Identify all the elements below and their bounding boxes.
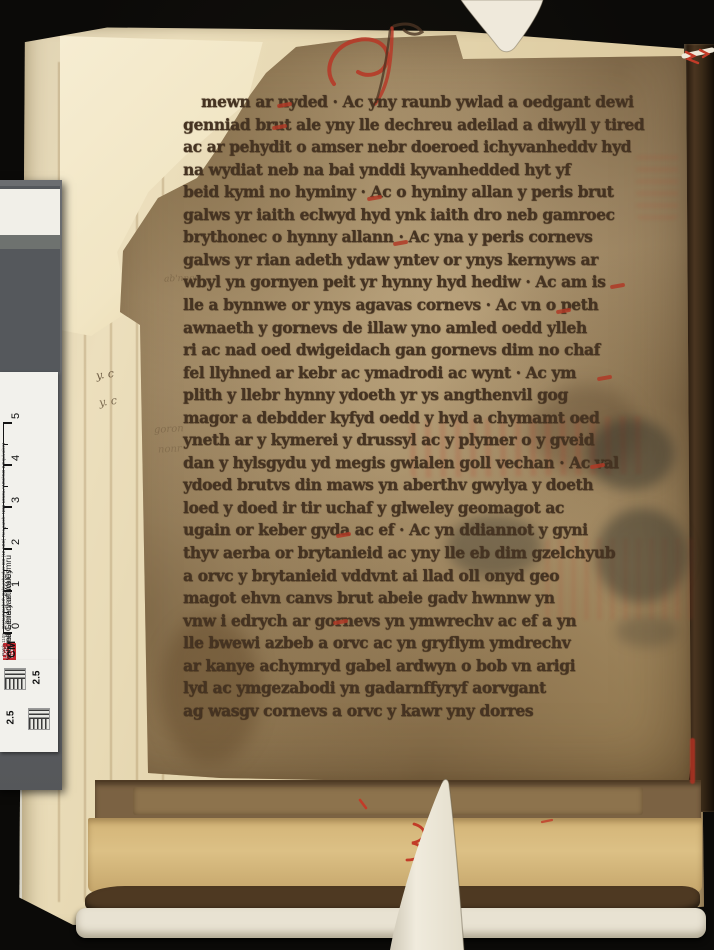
manuscript-line: ydoed brutvs din maws yn aberthv gwylya … [183,475,593,498]
manuscript-line: magot ehvn canvs brut abeie gadv hwnnw y… [183,588,554,611]
manuscript-line: galws yr iaith eclwyd hyd ynk iaith dro … [183,204,615,227]
margin-note: goron [154,423,184,436]
bone-folder-top [455,0,550,60]
margin-note: nonr [158,443,182,455]
manuscript-line: lle a bynnwe or ynys agavas cornevs · Ac… [183,294,598,317]
manuscript-line: thyv aerba or brytanieid ac yny lle eb d… [183,543,615,566]
ruler-number: 1 [10,581,22,587]
photo-backdrop: mewn ar nyded · Ac yny raunb ywlad a oed… [0,0,714,950]
resolution-patch-label: 2.5 [31,671,42,685]
rotated-label-content: Llyfrgell Genedlaethol Cymru LlGCNLW Nat… [0,372,58,662]
resolution-patch [4,668,26,690]
manuscript-line: fel llyhned ar kebr ac ymadrodi ac wynt … [183,362,576,385]
resolution-patch [28,708,50,730]
manuscript-line: galws yr rian adeth ydaw yntev or ynys k… [183,249,598,272]
manuscript-line: magor a debdder kyfyd oedd y hyd a chyma… [183,407,599,430]
manuscript-line: awnaeth y gornevs de illaw yno amled oed… [183,317,587,340]
ruler-number: 3 [10,497,22,503]
margin-note: y. c [95,367,115,382]
manuscript-line: brythonec o hynny allann · Ac yna y peri… [183,227,592,250]
margin-note: ab'nnoc [164,273,200,284]
ruler-number: 2 [10,539,22,545]
ruler-number: 0 [10,623,22,629]
manuscript-line: loed y doed ir tir uchaf y glweley geoma… [183,497,564,520]
manuscript-line: vnw i edrych ar gornevs yn ymwrechv ac e… [183,610,576,633]
margin-note: y. c [98,394,118,409]
manuscript-line: plith y llebr hynny ydoeth yr ys angthen… [183,385,568,408]
resolution-patch-label: 2.5 [5,711,16,725]
sewing-thread [682,42,714,72]
manuscript-line: mewn ar nyded · Ac yny raunb ywlad a oed… [201,92,633,115]
manuscript-line: na wydiat neb na bai ynddi kyvanhedded h… [183,159,570,182]
ruler-number: 5 [10,413,22,419]
scale-label-card: Llyfrgell Genedlaethol Cymru LlGCNLW Nat… [0,372,58,662]
manuscript-line: lyd ac ymgezabodi yn gadarnffyryf aorvga… [183,678,546,701]
resolution-patch-card: 2.5 2.5 [0,660,58,752]
manuscript-line: ugain or keber gyda ac ef · Ac yn ddiann… [183,520,588,543]
ruler-number: 4 [10,455,22,461]
manuscript-line: a orvc y brytanieid vddvnt ai llad oll o… [183,565,559,588]
manuscript-line: lle bwewi azbeb a orvc ac yn gryflym ymd… [183,633,570,656]
manuscript-line: yneth ar y kymerei y drussyl ac y plymer… [183,430,594,453]
bone-folder-bottom [380,775,480,950]
patch-info-text: Patch 1105 - GretagMacbeth Colourchecker… [1,443,6,656]
red-fore-edge-streak [690,738,695,784]
manuscript-line: ag wasgv cornevs a orvc y kawr yny dorre… [183,700,533,723]
manuscript-text: mewn ar nyded · Ac yny raunb ywlad a oed… [183,0,695,760]
manuscript-line: genniad brut ale yny lle dechreu adeilad… [183,114,644,137]
manuscript-line: ac ar pehydit o amser nebr doeroed ichyv… [183,137,631,160]
manuscript-line: dan y hylsgydu yd megis gwialen goll vec… [183,452,619,475]
manuscript-line: wbyl yn gornyen peit yr hynny hyd hediw … [183,272,605,295]
manuscript-line: ar kanye achymryd gabel ardwyn o bob vn … [183,655,575,678]
manuscript-line: beid kymi no hyminy · Ac o hyniny allan … [183,182,613,205]
greyscale-patch [0,189,60,235]
greyscale-target [0,186,60,372]
manuscript-line: ri ac nad oed dwigeidach gan gornevs dim… [183,340,600,363]
